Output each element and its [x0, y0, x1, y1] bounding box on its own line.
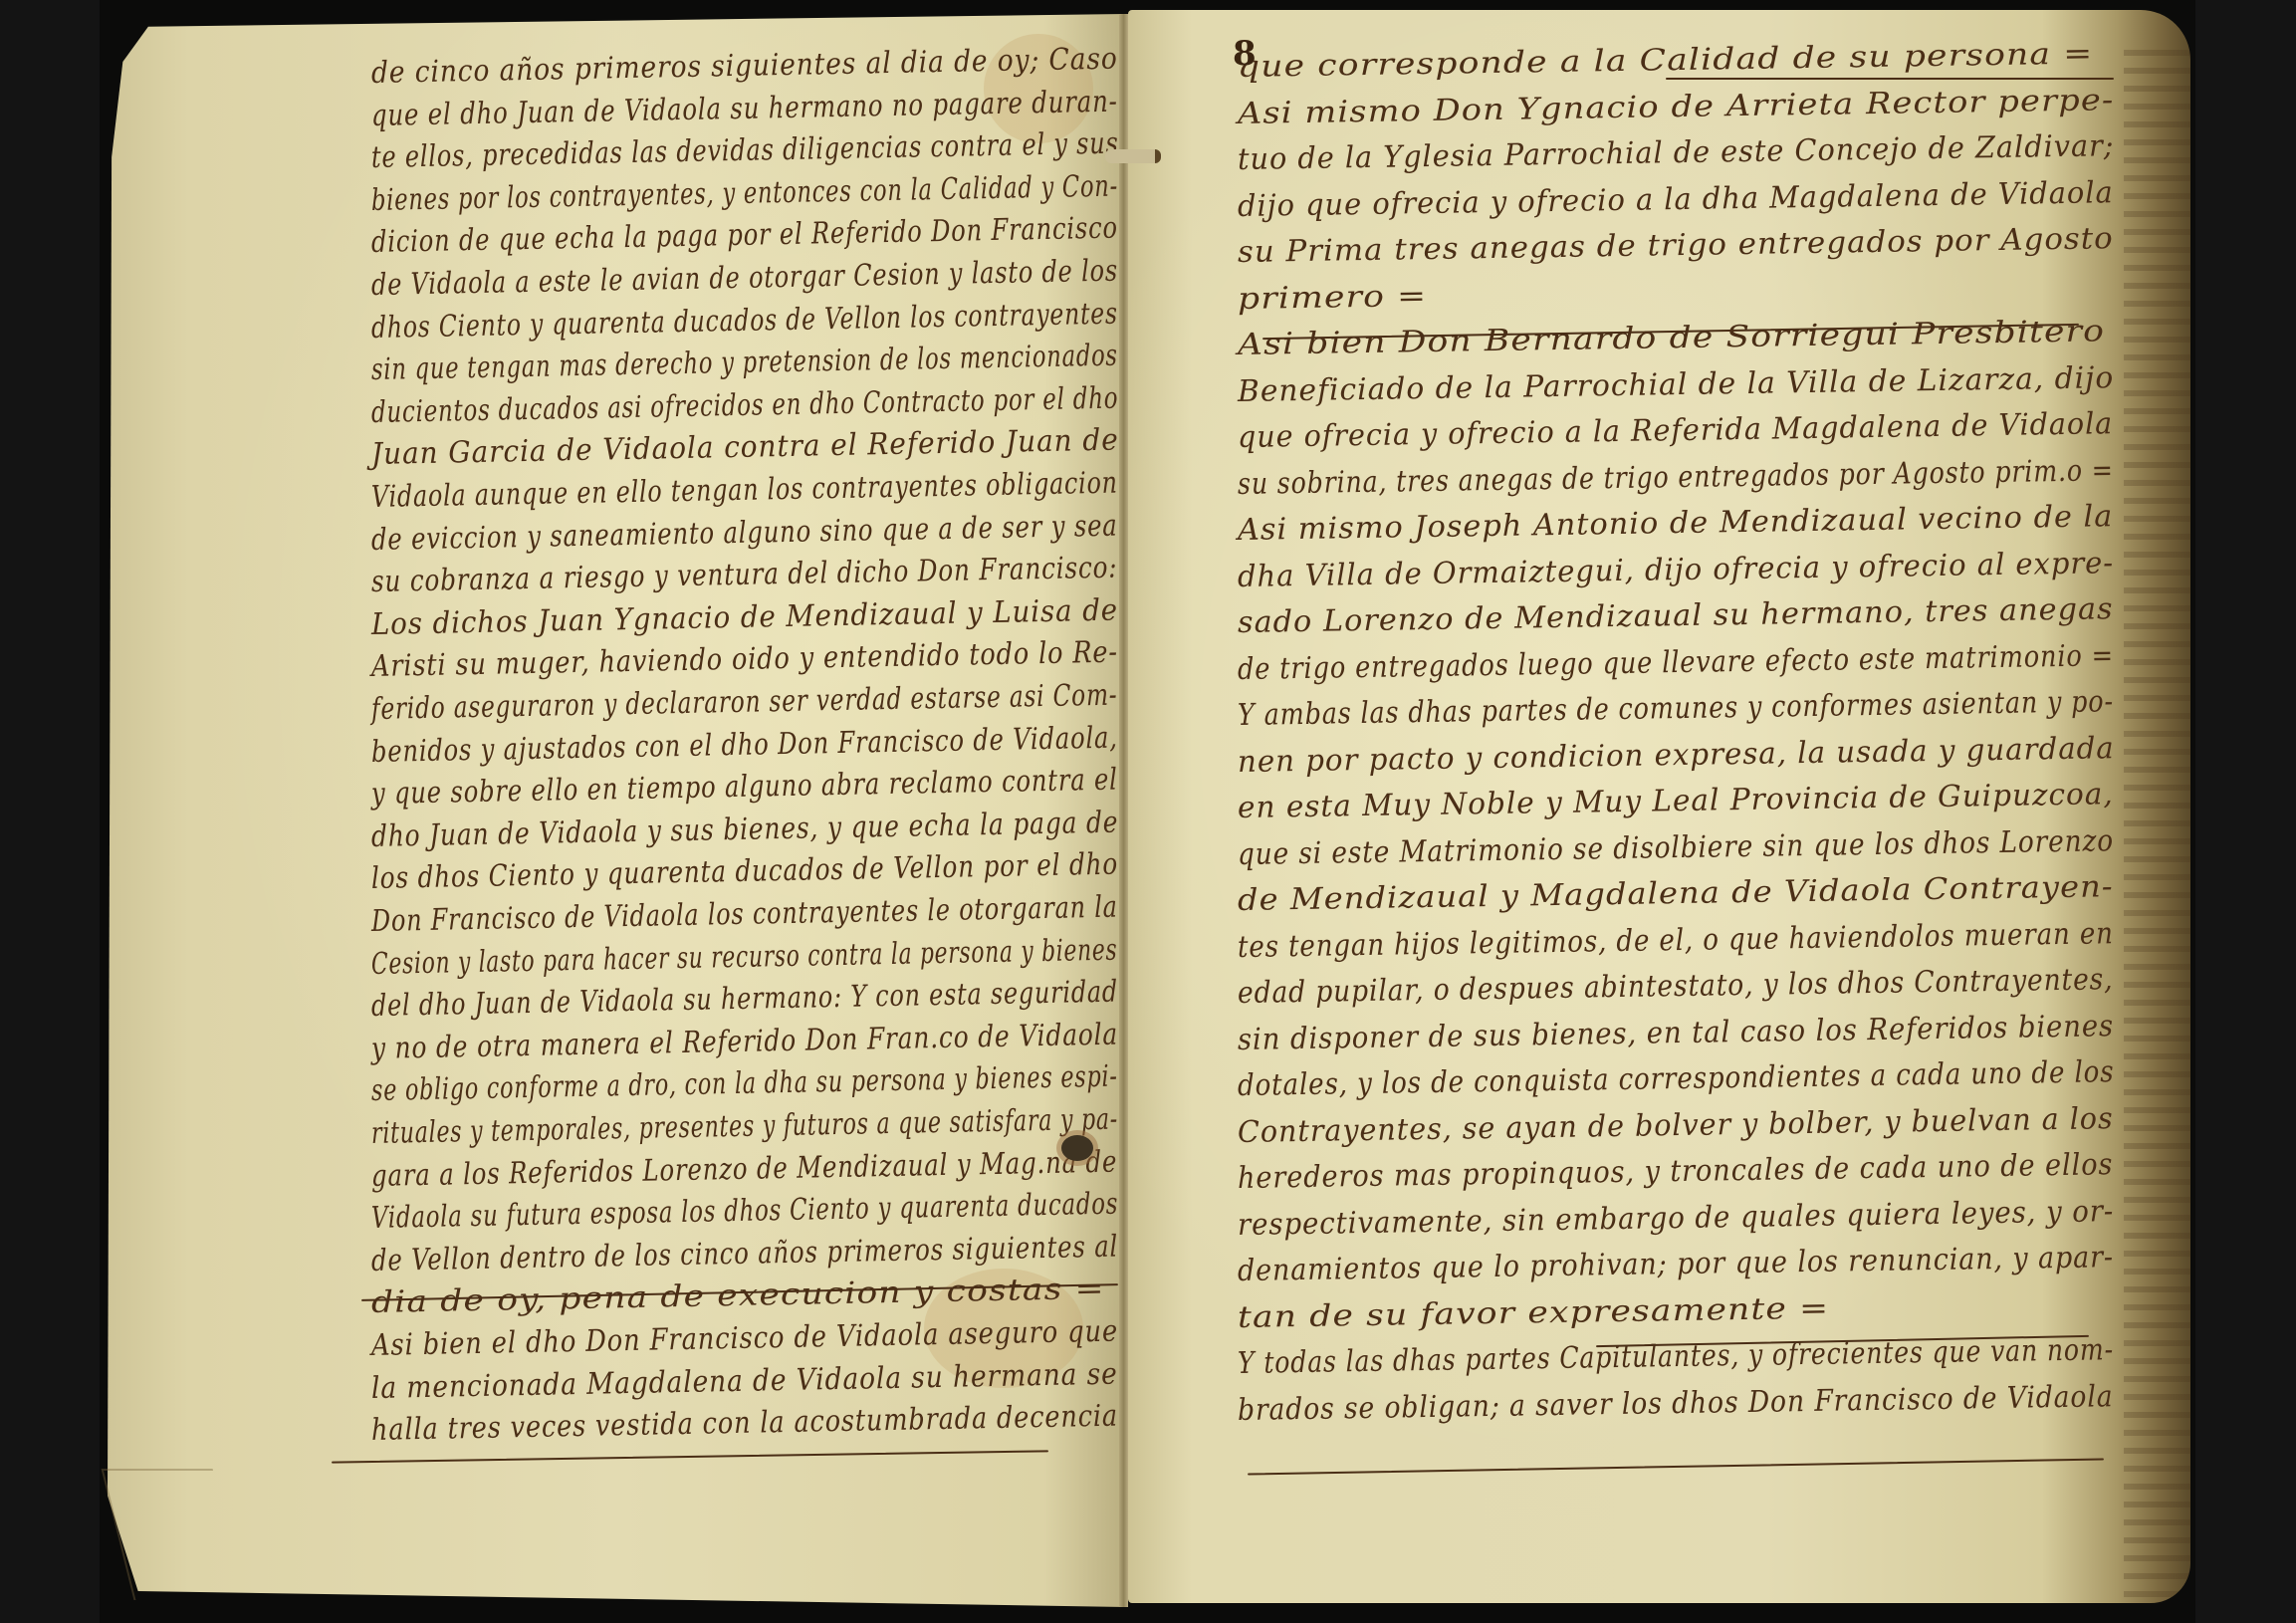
right-page-text: que corresponde a la Calidad de su perso…: [1128, 10, 2190, 1603]
handwritten-line: ducientos ducados asi ofrecidos en dho C…: [371, 380, 1119, 429]
handwritten-line: sin disponer de sus bienes, en tal caso …: [1238, 1009, 2115, 1057]
handwritten-line: que el dho Juan de Vidaola su hermano no…: [371, 84, 1118, 132]
handwritten-line: Los dichos Juan Ygnacio de Mendizaual y …: [371, 592, 1119, 641]
handwritten-line: Cesion y lasto para hacer su recurso con…: [371, 932, 1118, 981]
handwritten-line: dho Juan de Vidaola y sus bienes, y que …: [371, 805, 1119, 853]
left-page-text: de cinco años primeros siguientes al dia…: [108, 14, 1125, 1607]
handwritten-line: sin que tengan mas derecho y pretension …: [371, 339, 1118, 387]
handwritten-line: Aristi su muger, haviendo oido y entendi…: [371, 635, 1119, 684]
handwritten-line: ferido aseguraron y declararon ser verda…: [371, 678, 1118, 727]
handwritten-line: dicion de que echa la paga por el Referi…: [371, 211, 1118, 260]
handwritten-line: los dhos Ciento y quarenta ducados de Ve…: [371, 847, 1119, 896]
handwritten-line: que ofrecia y ofrecio a la Referida Magd…: [1238, 406, 2114, 455]
handwritten-line: del dho Juan de Vidaola su hermano: Y co…: [371, 975, 1119, 1024]
handwritten-line: de cinco años primeros siguientes al dia…: [371, 42, 1118, 91]
handwritten-line: rituales y temporales, presentes y futur…: [371, 1102, 1119, 1151]
handwritten-line: de Vidaola a este le avian de otorgar Ce…: [371, 254, 1119, 303]
handwritten-line: su cobranza a riesgo y ventura del dicho…: [371, 551, 1118, 599]
handwritten-line: tes tengan hijos legitimos, de el, o que…: [1238, 916, 2114, 965]
paper-hole: [1061, 1135, 1093, 1161]
handwritten-line: dha Villa de Ormaiztegui, dijo ofrecia y…: [1238, 546, 2115, 594]
handwritten-line: de trigo entregados luego que llevare ef…: [1238, 638, 2115, 687]
handwritten-line: Y ambas las dhas partes de comunes y con…: [1238, 684, 2114, 733]
handwritten-line: la mencionada Magdalena de Vidaola su he…: [371, 1356, 1118, 1405]
handwritten-line: que si este Matrimonio se disolbiere sin…: [1238, 823, 2115, 872]
handwritten-line: Vidaola su futura esposa los dhos Ciento…: [371, 1187, 1119, 1236]
right-page: que corresponde a la Calidad de su perso…: [1128, 10, 2190, 1603]
handwritten-line: dhos Ciento y quarenta ducados de Vellon…: [371, 296, 1118, 345]
handwritten-line: halla tres veces vestida con la acostumb…: [371, 1399, 1119, 1448]
handwritten-line: respectivamente, sin embargo de quales q…: [1238, 1194, 2115, 1243]
handwritten-line: su Prima tres anegas de trigo entregados…: [1238, 221, 2114, 270]
handwritten-line: tan de su favor expresamente =: [1238, 1290, 1830, 1334]
handwritten-line: denamientos que lo prohivan; por que los…: [1238, 1240, 2114, 1288]
handwritten-line: edad pupilar, o despues abintestato, y l…: [1238, 962, 2114, 1011]
handwritten-line: Asi mismo Don Ygnacio de Arrieta Rector …: [1238, 83, 2115, 131]
handwritten-line: nen por pacto y condicion expresa, la us…: [1238, 731, 2115, 780]
binding-stitch: [1105, 149, 1161, 163]
handwritten-line: y no de otra manera el Referido Don Fran…: [371, 1017, 1119, 1065]
handwritten-line: de eviccion y saneamiento alguno sino qu…: [371, 508, 1118, 557]
handwritten-line: Juan Garcia de Vidaola contra el Referid…: [371, 423, 1119, 472]
handwritten-line: Don Francisco de Vidaola los contrayente…: [371, 890, 1118, 939]
handwritten-line: te ellos, precedidas las devidas diligen…: [371, 126, 1119, 175]
handwritten-line: gara a los Referidos Lorenzo de Mendizau…: [371, 1144, 1118, 1193]
handwritten-line: Asi bien Don Bernardo de Sorriegui Presb…: [1238, 314, 2106, 362]
book-spine-fold: [1119, 14, 1128, 1607]
handwritten-line: Y todas las dhas partes Capitulantes, y …: [1238, 1332, 2114, 1381]
handwritten-line: herederos mas propinquos, y troncales de…: [1238, 1147, 2114, 1196]
handwritten-line: sado Lorenzo de Mendizaual su hermano, t…: [1238, 591, 2114, 640]
handwritten-line: dotales, y los de conquista correspondie…: [1238, 1054, 2115, 1103]
handwritten-line: benidos y ajustados con el dho Don Franc…: [371, 720, 1118, 769]
handwritten-line: bienes por los contrayentes, y entonces …: [371, 168, 1119, 217]
handwritten-line: dijo que ofrecia y ofrecio a la dha Magd…: [1238, 175, 2114, 224]
handwritten-line: primero =: [1238, 279, 1428, 317]
handwritten-line: tuo de la Yglesia Parrochial de este Con…: [1238, 128, 2115, 177]
line-fill-rule: [1666, 78, 2114, 80]
handwritten-line: Contrayentes, se ayan de bolver y bolber…: [1238, 1101, 2114, 1150]
left-page: de cinco años primeros siguientes al dia…: [108, 14, 1125, 1607]
handwritten-line: y que sobre ello en tiempo alguno abra r…: [371, 763, 1118, 811]
handwritten-line: su sobrina, tres anegas de trigo entrega…: [1238, 453, 2114, 502]
page-number: 8: [1233, 34, 1257, 74]
handwritten-line: de Vellon dentro de los cinco años prime…: [371, 1229, 1119, 1277]
handwritten-line: brados se obligan; a saver los dhos Don …: [1238, 1379, 2114, 1428]
handwritten-line: Asi bien el dho Don Francisco de Vidaola…: [371, 1314, 1119, 1363]
handwritten-line: en esta Muy Noble y Muy Leal Provincia d…: [1238, 777, 2114, 825]
handwritten-line: de Mendizaual y Magdalena de Vidaola Con…: [1238, 869, 2114, 918]
handwritten-line: se obligo conforme a dro, con la dha su …: [371, 1059, 1118, 1108]
handwritten-line: Vidaola aunque en ello tengan los contra…: [371, 466, 1118, 515]
handwritten-line: Asi mismo Joseph Antonio de Mendizaual v…: [1238, 499, 2114, 548]
handwritten-line: Beneficiado de la Parrochial de la Villa…: [1238, 360, 2115, 409]
